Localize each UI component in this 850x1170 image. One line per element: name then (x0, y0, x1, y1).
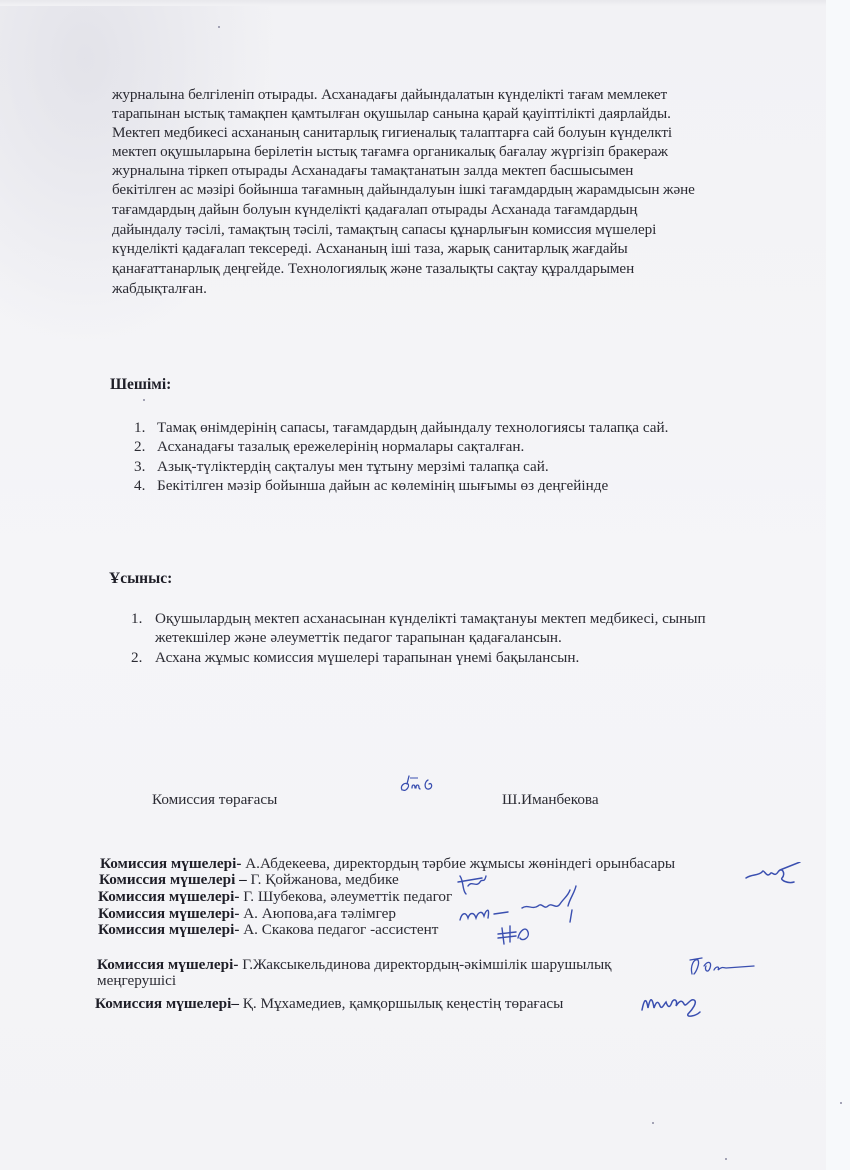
paragraph-line: Мектеп медбикесі асхананың санитарлық ги… (112, 124, 672, 142)
page-top-edge (0, 0, 826, 6)
member-label: Комиссия мүшелері- (97, 956, 238, 973)
decision-heading: Шешімі: (110, 376, 171, 394)
member-line: Комиссия мүшелері- А. Скакова педагог -а… (98, 922, 438, 938)
paragraph-line: күнделікті қадағалап тексереді. Асхананы… (112, 240, 628, 258)
decision-item-number: 4. (134, 477, 145, 495)
member-line: Комиссия мүшелері- А.Абдекеева, директор… (100, 856, 675, 872)
member-line: Комиссия мүшелері– Қ. Мұхамедиев, қамқор… (95, 996, 563, 1012)
proposal-item: Оқушылардың мектеп асханасынан күнделікт… (155, 610, 706, 628)
proposal-item-number: 1. (131, 610, 142, 628)
chairman-label: Комиссия төрағасы (152, 791, 277, 809)
member-text: Қ. Мұхамедиев, қамқоршылық кеңестің төра… (239, 995, 563, 1012)
member-signature-koizhanova (454, 870, 494, 896)
decision-item: Тамақ өнімдерінің сапасы, тағамдардың да… (157, 419, 668, 437)
paragraph-line: бекітілген ас мәзірі бойынша тағамның да… (112, 181, 695, 199)
member-text: Г. Шубекова, әлеуметтік педагог (239, 888, 452, 905)
member-signature-skakova (496, 922, 536, 946)
member-label: Комиссия мүшелері – (99, 871, 247, 888)
member-label: Комиссия мүшелері- (98, 921, 239, 938)
decision-item: Азық-түліктердің сақталуы мен тұтыну мер… (157, 458, 549, 476)
member-text: А. Скакова педагог -ассистент (239, 921, 438, 938)
proposal-item-number: 2. (131, 649, 142, 667)
paragraph-line: журналына белгіленіп отырады. Асханадағы… (112, 86, 667, 104)
paragraph-line: тарапынан ыстық тамақпен қамтылған оқушы… (112, 105, 671, 123)
decision-item-number: 2. (134, 438, 145, 456)
proposal-item: Асхана жұмыс комиссия мүшелері тарапынан… (155, 649, 579, 667)
member-signature-shubekova (520, 884, 584, 924)
member-line-continuation: меңгерушісі (97, 973, 176, 989)
scan-speck (840, 1102, 842, 1104)
proposal-item-continuation: жетекшілер және әлеуметтік педагог тарап… (155, 629, 562, 647)
member-text: А. Аюпова,аға тәлімгер (239, 905, 396, 922)
scan-speck (652, 1122, 654, 1124)
member-text: Г. Қойжанова, медбике (247, 871, 399, 888)
member-line: Комиссия мүшелері – Г. Қойжанова, медбик… (99, 872, 399, 888)
chairman-name: Ш.Иманбекова (502, 791, 599, 809)
member-label: Комиссия мүшелері– (95, 995, 239, 1012)
scan-speck (218, 26, 220, 28)
member-label: Комиссия мүшелері- (100, 855, 241, 872)
decision-item-number: 1. (134, 419, 145, 437)
member-text: Г.Жаксыкельдинова директордың-әкімшілік … (238, 956, 611, 973)
decision-item-number: 3. (134, 458, 145, 476)
scanned-page: журналына белгіленіп отырады. Асханадағы… (0, 0, 850, 1170)
proposal-heading: Ұсыныс: (109, 570, 172, 588)
paragraph-line: тағамдардың дайын болуын күнделікті қада… (112, 201, 637, 219)
member-label: Комиссия мүшелері- (98, 888, 239, 905)
decision-item: Асханадағы тазалық ережелерінің нормалар… (157, 438, 524, 456)
paragraph-line: мектеп оқушыларына берілетін ыстық тағам… (112, 143, 668, 161)
member-line: Комиссия мүшелері- Г. Шубекова, әлеуметт… (98, 889, 452, 905)
scan-speck (725, 1158, 727, 1160)
member-signature-abdekeeva (744, 862, 804, 884)
decision-item: Бекітілген мәзір бойынша дайын ас көлемі… (157, 477, 608, 495)
paragraph-line: жабдықталған. (112, 280, 207, 298)
paragraph-line: дайындалу тәсілі, тамақтың тәсілі, тамақ… (112, 221, 656, 239)
scan-edge-strip (826, 0, 850, 1170)
paragraph-line: қанағаттанарлық деңгейде. Технологиялық … (112, 260, 634, 278)
member-label: Комиссия мүшелері- (98, 905, 239, 922)
member-signature-zhaksykeldinova (688, 956, 758, 978)
member-line: Комиссия мүшелері- А. Аюпова,аға тәлімге… (98, 906, 396, 922)
scan-speck (143, 399, 145, 401)
paragraph-line: журналына тіркеп отырады Асханадағы тама… (112, 162, 633, 180)
member-signature-mukhamediev (638, 990, 718, 1020)
member-line: Комиссия мүшелері- Г.Жаксыкельдинова дир… (97, 957, 612, 973)
chairman-signature (398, 774, 446, 796)
